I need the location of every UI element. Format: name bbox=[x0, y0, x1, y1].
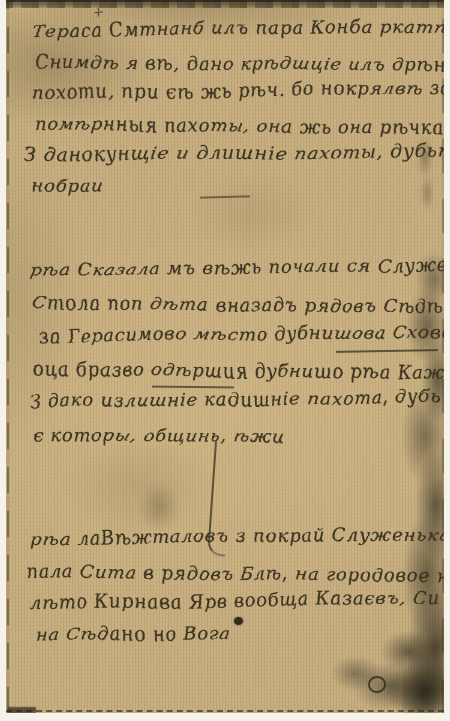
handwriting-line: З дако излишніе кадишніе пахота, дубь bbox=[30, 380, 444, 419]
handwriting-paragraph-3: рѣа лаВѣжталовъ з покрай Служенько Стора… bbox=[30, 524, 444, 652]
handwriting-line: рѣа Сказала мъ вѣжь почали ся Служенько bbox=[30, 248, 444, 287]
handwriting-line: рѣа лаВѣжталовъ з покрай Служенько Стора bbox=[30, 518, 444, 556]
handwriting-line: за Герасимово мѣсто дубнишова Сховсіто bbox=[38, 316, 444, 353]
ink-blot bbox=[234, 617, 243, 625]
handwriting-line: Тераса Смтнанб илъ пара Конба ркатѣ сб bbox=[32, 10, 444, 47]
handwriting-line: лѣто Кирнава Ярв вообща Казаєвъ, Си bbox=[30, 582, 444, 620]
manuscript-paper: + Тераса Смтнанб илъ пара Конба ркатѣ сб… bbox=[6, 0, 444, 713]
handwriting-layer: + Тераса Смтнанб илъ пара Конба ркатѣ сб… bbox=[6, 0, 444, 713]
manuscript-photo-page: + Тераса Смтнанб илъ пара Конба ркатѣ сб… bbox=[0, 0, 450, 721]
handwriting-paragraph-2: рѣа Сказала мъ вѣжь почали ся СлуженькоС… bbox=[30, 254, 444, 452]
handwriting-paragraph-1: Тераса Смтнанб илъ пара Конба ркатѣ сбСн… bbox=[32, 16, 444, 202]
handwriting-line: нобраи bbox=[32, 171, 444, 205]
handwriting-line: похоти, при єѣ жь рѣч. бо нокрялвѣ за bbox=[32, 72, 444, 109]
handwriting-line: є которы, общинь, ѣжи bbox=[33, 419, 444, 456]
ring-flourish-mark bbox=[367, 675, 387, 694]
handwriting-line: З данокунщіе и длишніе пахоты, дубьѣ Сон… bbox=[24, 136, 444, 171]
